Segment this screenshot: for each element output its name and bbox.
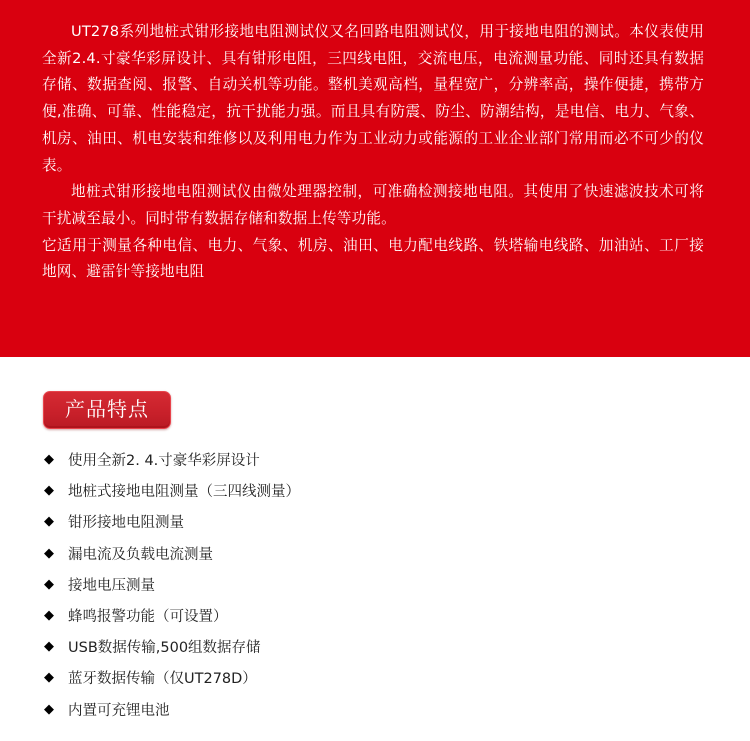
feature-label: 蓝牙数据传输（仅UT278D）	[68, 667, 257, 688]
feature-label: 使用全新2. 4.寸豪华彩屏设计	[68, 449, 260, 470]
feature-label: 内置可充锂电池	[68, 699, 170, 720]
feature-item: ◆内置可充锂电池	[44, 694, 300, 725]
feature-label: 钳形接地电阻测量	[68, 511, 184, 532]
feature-label: USB数据传输,500组数据存储	[68, 636, 261, 657]
intro-section: UT278系列地桩式钳形接地电阻测试仪又名回路电阻测试仪，用于接地电阻的测试。本…	[0, 0, 750, 357]
feature-item: ◆漏电流及负载电流测量	[44, 538, 300, 569]
features-list: ◆使用全新2. 4.寸豪华彩屏设计 ◆地桩式接地电阻测量（三四线测量） ◆钳形接…	[44, 444, 300, 725]
feature-item: ◆地桩式接地电阻测量（三四线测量）	[44, 475, 300, 506]
feature-label: 地桩式接地电阻测量（三四线测量）	[68, 480, 300, 501]
feature-item: ◆使用全新2. 4.寸豪华彩屏设计	[44, 444, 300, 475]
feature-item: ◆蜂鸣报警功能（可设置）	[44, 600, 300, 631]
diamond-bullet-icon: ◆	[44, 515, 56, 528]
feature-label: 蜂鸣报警功能（可设置）	[68, 605, 228, 626]
diamond-bullet-icon: ◆	[44, 578, 56, 591]
intro-paragraph-control: 地桩式钳形接地电阻测试仪由微处理器控制，可准确检测接地电阻。其使用了快速滤波技术…	[42, 179, 704, 232]
feature-item: ◆USB数据传输,500组数据存储	[44, 631, 300, 662]
diamond-bullet-icon: ◆	[44, 703, 56, 716]
feature-label: 漏电流及负载电流测量	[68, 543, 213, 564]
diamond-bullet-icon: ◆	[44, 640, 56, 653]
intro-paragraph-overview: UT278系列地桩式钳形接地电阻测试仪又名回路电阻测试仪，用于接地电阻的测试。本…	[42, 19, 704, 179]
intro-paragraph-applications: 它适用于测量各种电信、电力、气象、机房、油田、电力配电线路、铁塔输电线路、加油站…	[42, 233, 704, 286]
feature-item: ◆钳形接地电阻测量	[44, 506, 300, 537]
feature-label: 接地电压测量	[68, 574, 155, 595]
diamond-bullet-icon: ◆	[44, 671, 56, 684]
diamond-bullet-icon: ◆	[44, 484, 56, 497]
diamond-bullet-icon: ◆	[44, 547, 56, 560]
feature-item: ◆蓝牙数据传输（仅UT278D）	[44, 662, 300, 693]
diamond-bullet-icon: ◆	[44, 453, 56, 466]
feature-item: ◆接地电压测量	[44, 569, 300, 600]
features-title-badge: 产品特点	[43, 391, 171, 429]
diamond-bullet-icon: ◆	[44, 609, 56, 622]
